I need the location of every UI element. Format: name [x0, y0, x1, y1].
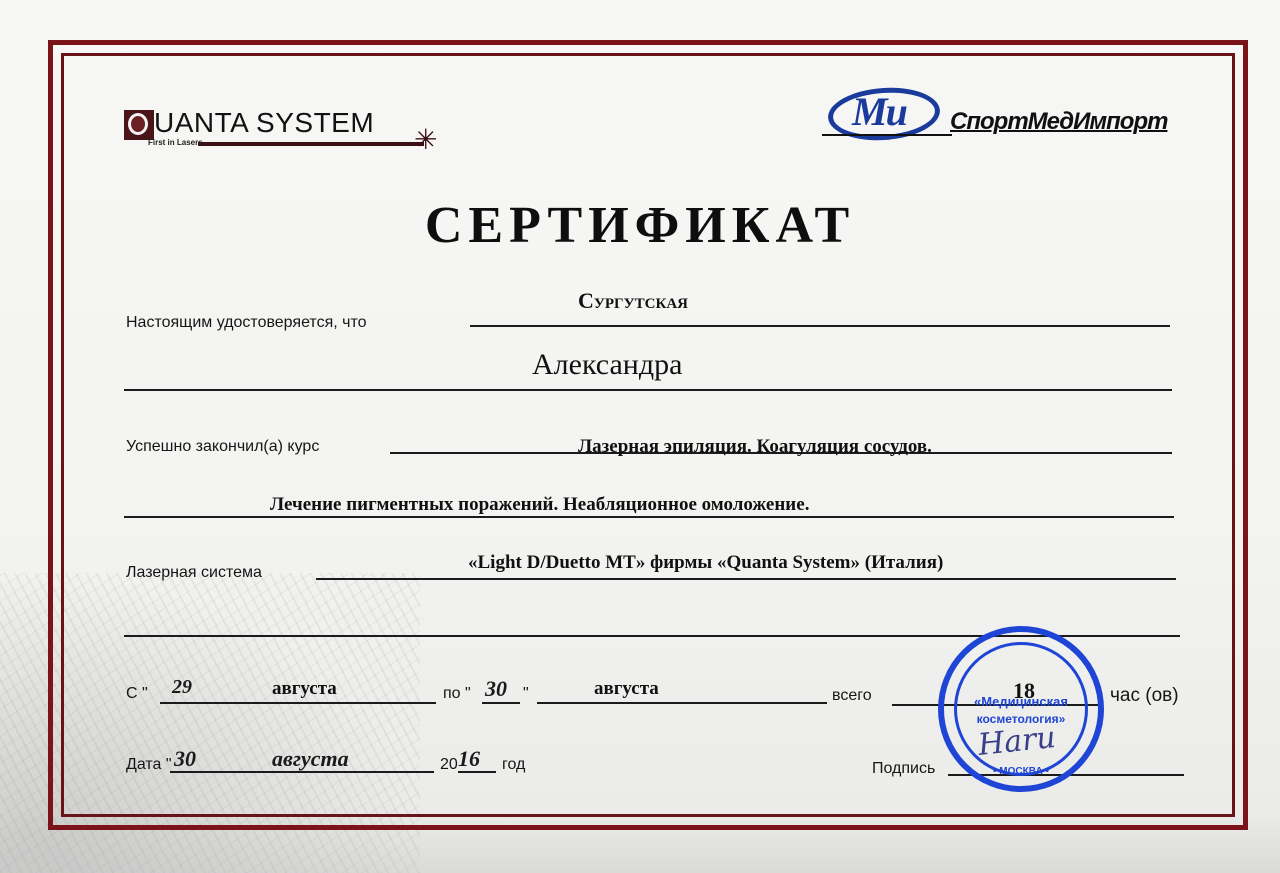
to-day-line: [482, 702, 520, 704]
total-label: всего: [832, 687, 872, 705]
date-day-value: 30: [174, 746, 196, 772]
quanta-tagline: First in Lasers: [148, 138, 203, 147]
course-value-1: Лазерная эпиляция. Коагуляция сосудов.: [578, 436, 932, 458]
year-value: 16: [458, 746, 480, 772]
stamp-text-bottom: • МОСКВА •: [944, 766, 1098, 777]
first-name-value: Александра: [532, 348, 682, 382]
surname-line: [470, 325, 1170, 327]
surname-value: Сургутская: [578, 288, 688, 314]
smi-logo-text: СпортМедИмпорт: [950, 108, 1167, 136]
quanta-q-icon: [124, 110, 154, 140]
certify-label: Настоящим удостоверяется, что: [126, 314, 367, 332]
to-day-value: 30: [485, 676, 507, 702]
official-stamp: «Медицинская косметология» • МОСКВА •: [938, 626, 1104, 792]
laser-line: [316, 578, 1176, 580]
signature-label: Подпись: [872, 760, 935, 778]
to-month-line: [537, 702, 827, 704]
first-name-line: [124, 389, 1172, 391]
smi-logo-rule: [822, 134, 952, 136]
year-line: [458, 771, 496, 773]
to-quote: ": [523, 685, 529, 703]
stamp-text-1: «Медицинская: [944, 694, 1098, 709]
quanta-logo-text: UANTA SYSTEM: [154, 106, 374, 140]
course-value-2: Лечение пигментных поражений. Неабляцион…: [270, 494, 809, 516]
year-prefix: 20: [440, 756, 458, 774]
course-label: Успешно закончил(а) курс: [126, 438, 319, 456]
quanta-logo-rule: [198, 142, 424, 146]
date-label: Дата ": [126, 756, 172, 774]
year-label: год: [502, 756, 525, 774]
to-month-value: августа: [594, 678, 659, 700]
laser-label: Лазерная система: [126, 564, 262, 582]
laser-value: «Light D/Duetto MT» фирмы «Quanta System…: [468, 552, 943, 574]
from-label: С ": [126, 685, 148, 703]
course-line-2: [124, 516, 1174, 518]
hours-label: час (ов): [1110, 685, 1179, 707]
laser-star-icon: ✳: [414, 126, 437, 154]
from-day-value: 29: [172, 676, 192, 699]
from-line: [160, 702, 436, 704]
from-month-value: августа: [272, 678, 337, 700]
quanta-system-logo: UANTA SYSTEM First in Lasers ✳: [124, 104, 444, 160]
sportmedimport-logo: Ми СпортМедИмпорт: [822, 82, 1172, 152]
certificate-title: СЕРТИФИКАТ: [0, 196, 1280, 255]
smi-monogram: Ми: [852, 88, 906, 135]
date-month-value: августа: [272, 746, 349, 772]
to-label: по ": [443, 685, 471, 703]
